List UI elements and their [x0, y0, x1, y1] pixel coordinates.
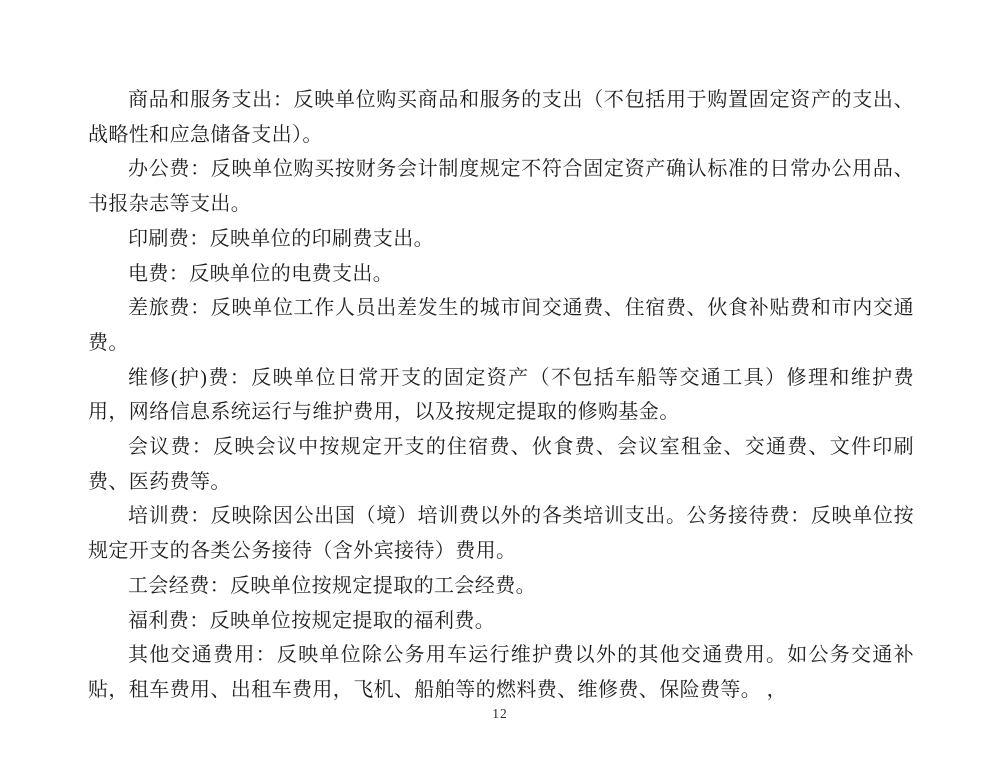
paragraph-maintenance-expense: 维修(护)费：反映单位日常开支的固定资产（不包括车船等交通工具）修理和维护费用，… [88, 361, 914, 430]
document-page: 商品和服务支出：反映单位购买商品和服务的支出（不包括用于购置固定资产的支出、战略… [0, 0, 1000, 772]
paragraph-printing-expense: 印刷费：反映单位的印刷费支出。 [88, 222, 914, 257]
paragraph-union-funds: 工会经费：反映单位按规定提取的工会经费。 [88, 569, 914, 604]
document-body-text: 商品和服务支出：反映单位购买商品和服务的支出（不包括用于购置固定资产的支出、战略… [88, 83, 914, 708]
paragraph-other-transport-expense: 其他交通费用：反映单位除公务用车运行维护费以外的其他交通费用。如公务交通补贴，租… [88, 638, 914, 707]
paragraph-welfare-expense: 福利费：反映单位按规定提取的福利费。 [88, 604, 914, 639]
page-number: 12 [0, 706, 1000, 722]
paragraph-travel-expense: 差旅费：反映单位工作人员出差发生的城市间交通费、住宿费、伙食补贴费和市内交通费。 [88, 291, 914, 360]
paragraph-training-and-reception-expense: 培训费：反映除因公出国（境）培训费以外的各类培训支出。公务接待费：反映单位按规定… [88, 499, 914, 568]
paragraph-electricity-expense: 电费：反映单位的电费支出。 [88, 257, 914, 292]
paragraph-goods-and-services: 商品和服务支出：反映单位购买商品和服务的支出（不包括用于购置固定资产的支出、战略… [88, 83, 914, 152]
paragraph-office-expense: 办公费：反映单位购买按财务会计制度规定不符合固定资产确认标准的日常办公用品、书报… [88, 152, 914, 221]
paragraph-meeting-expense: 会议费：反映会议中按规定开支的住宿费、伙食费、会议室租金、交通费、文件印刷费、医… [88, 430, 914, 499]
